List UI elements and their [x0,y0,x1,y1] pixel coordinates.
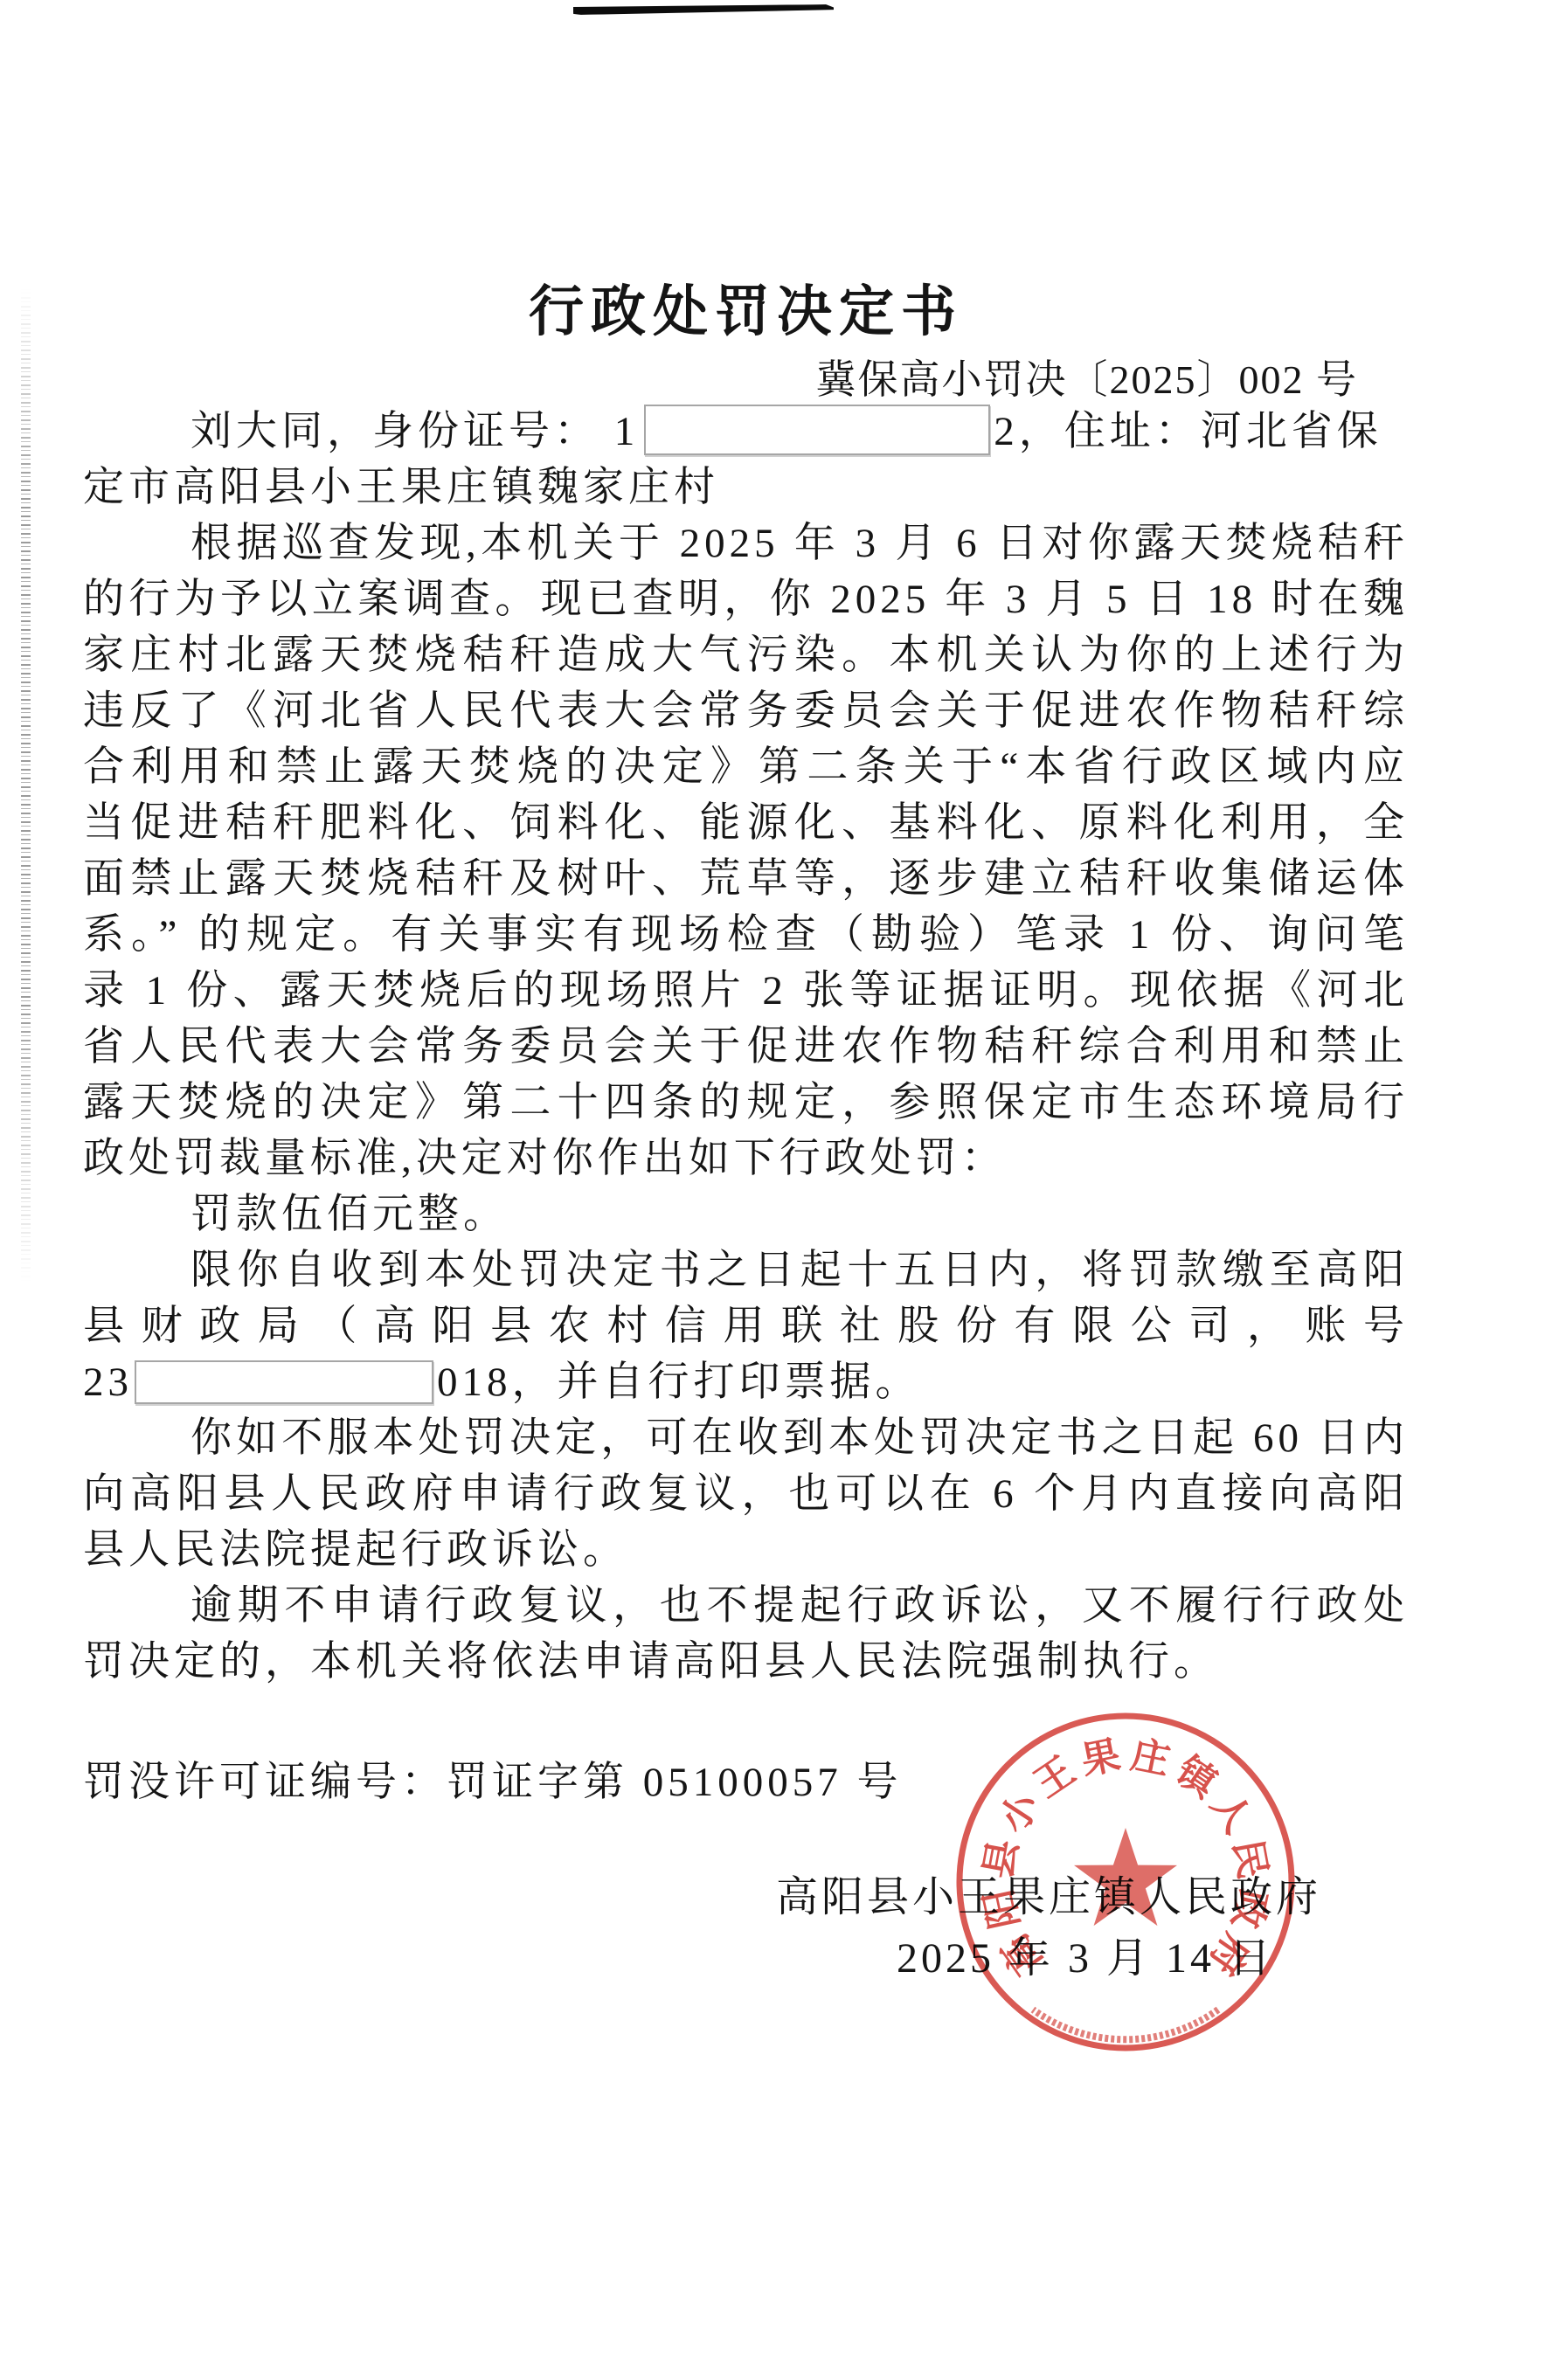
penalty-amount-line: 罚款伍佰元整。 [83,1187,1409,1242]
body-line: 违反了《河北省人民代表大会常务委员会关于促进农作物秸秆综 [83,683,1409,739]
body-line: 的行为予以立案调查。现已查明，你 2025 年 3 月 5 日 18 时在魏 [83,571,1409,627]
svg-text:民: 民 [1225,1837,1274,1882]
svg-text:县: 县 [977,1837,1026,1882]
body-line: 面禁止露天焚烧秸秆及树叶、荒草等，逐步建立秸秆收集储运体 [83,851,1409,907]
body-line: 家庄村北露天焚烧秸秆造成大气污染。本机关认为你的上述行为 [83,627,1409,683]
body-line: 向高阳县人民政府申请行政复议，也可以在 6 个月内直接向高阳 [83,1466,1409,1522]
document-number: 冀保高小罚决〔2025〕002 号 [83,348,1358,405]
body-line: 你如不服本处罚决定，可在收到本处罚决定书之日起 60 日内 [83,1410,1409,1466]
scan-noise-left-edge [21,288,31,1284]
svg-text:政: 政 [1224,1885,1274,1932]
svg-text:高: 高 [994,1927,1050,1982]
document-title: 行政处罚决定书 [83,267,1409,347]
redacted-id-number [644,405,990,455]
redacted-account-number [135,1360,433,1404]
body-line: 省人民代表大会常务委员会关于促进农作物秸秆综合利用和禁止 [83,1019,1409,1075]
body-line: 23018，并自行打印票据。 [83,1354,1409,1410]
body-line: 露天焚烧的决定》第二十四条的规定，参照保定市生态环境局行 [83,1075,1409,1131]
body-line: 罚决定的，本机关将依法申请高阳县人民法院强制执行。 [83,1634,1409,1690]
svg-text:果: 果 [1077,1733,1124,1783]
body-line: 限你自收到本处罚决定书之日起十五日内，将罚款缴至高阳 [83,1242,1409,1298]
body-line: 根据巡查发现,本机关于 2025 年 3 月 6 日对你露天焚烧秸秆 [83,515,1409,571]
body-line: 当促进秸秆肥料化、饲料化、能源化、基料化、原料化利用，全 [83,795,1409,851]
svg-text:王: 王 [1027,1749,1083,1806]
svg-text:小: 小 [992,1784,1050,1840]
body-line: 定市高阳县小王果庄镇魏家庄村 [83,460,1409,515]
body-line: 合利用和禁止露天焚烧的决定》第二条关于“本省行政区域内应 [83,739,1409,795]
svg-text:府: 府 [1201,1927,1258,1982]
svg-text:庄: 庄 [1127,1733,1174,1783]
seal-star-icon [1074,1828,1177,1926]
body-line: 县财政局（高阳县农村信用联社股份有限公司，账号 [83,1298,1409,1354]
official-seal: 高阳县小王果庄镇人民政府 [942,1699,1309,2065]
body-line: 政处罚裁量标准,决定对你作出如下行政处罚： [83,1131,1409,1187]
svg-text:人: 人 [1202,1785,1259,1841]
body-line: 县人民法院提起行政诉讼。 [83,1522,1409,1578]
body-line: 逾期不申请行政复议，也不提起行政诉讼，又不履行行政处 [83,1578,1409,1634]
document-page: 行政处罚决定书 冀保高小罚决〔2025〕002 号 刘大同，身份证号： 12，住… [0,0,1552,2380]
svg-text:阳: 阳 [977,1885,1027,1932]
party-id-suffix: 2，住址：河北省保 [994,409,1382,454]
scan-artifact-top [573,4,834,15]
body-line: 刘大同，身份证号： 12，住址：河北省保 [83,404,1409,460]
document-body: 刘大同，身份证号： 12，住址：河北省保 定市高阳县小王果庄镇魏家庄村 根据巡查… [83,404,1409,1690]
body-line: 录 1 份、露天焚烧后的现场照片 2 张等证据证明。现依据《河北 [83,963,1409,1019]
party-id-prefix: 刘大同，身份证号： 1 [191,409,639,454]
account-suffix: 018，并自行打印票据。 [437,1360,921,1405]
body-line: 系。” 的规定。有关事实有现场检查（勘验）笔录 1 份、询问笔 [83,907,1409,963]
permit-number-line: 罚没许可证编号：罚证字第 05100057 号 [83,1754,903,1810]
account-prefix: 23 [83,1360,133,1405]
